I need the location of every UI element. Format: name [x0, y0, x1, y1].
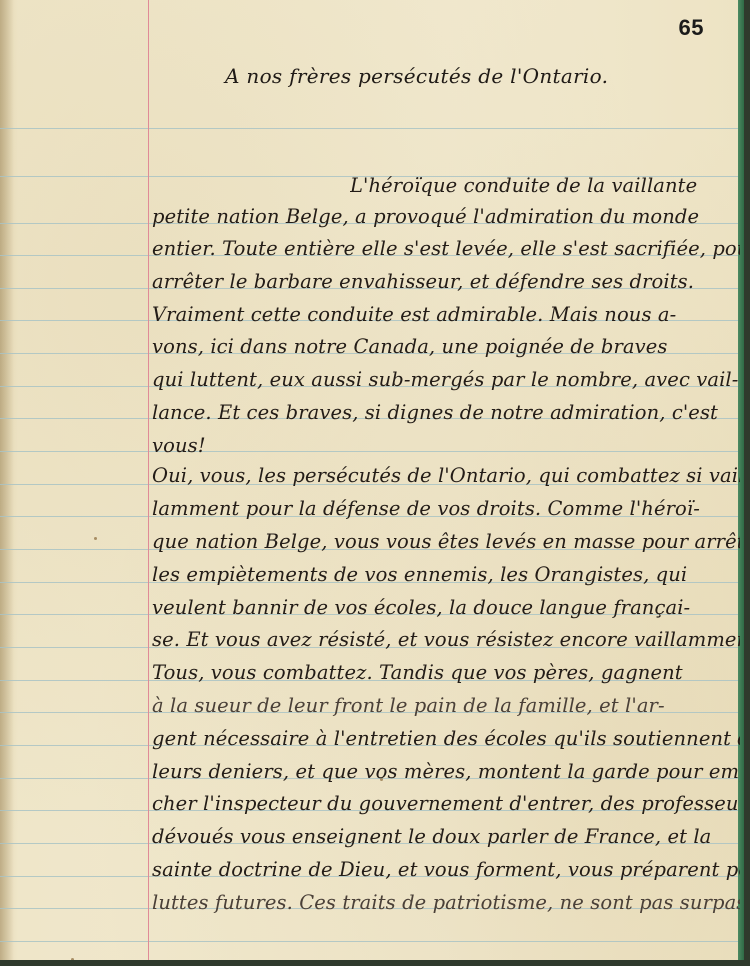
notebook-page: 65 A nos frères persécutés de l'Ontario.…: [0, 0, 744, 960]
text-line: vons, ici dans notre Canada, une poignée…: [152, 335, 740, 358]
text-line: Oui, vous, les persécutés de l'Ontario, …: [152, 464, 740, 487]
text-line: à la sueur de leur front le pain de la f…: [152, 694, 740, 717]
page-title: A nos frères persécutés de l'Ontario.: [225, 64, 608, 88]
page-number: 65: [679, 15, 704, 41]
text-line: vous!: [152, 434, 740, 457]
paper-speck: [71, 958, 74, 960]
text-line: lance. Et ces braves, si dignes de notre…: [152, 401, 740, 424]
text-line: gent nécessaire à l'entretien des écoles…: [152, 727, 740, 750]
spine-shadow: [0, 0, 14, 960]
text-line: luttes futures. Ces traits de patriotism…: [152, 891, 740, 914]
text-line: Tous, vous combattez. Tandis que vos pèr…: [152, 661, 740, 684]
text-line: dévoués vous enseignent le doux parler d…: [152, 825, 740, 848]
text-line: leurs deniers, et que vos mères, montent…: [152, 760, 740, 783]
text-line: entier. Toute entière elle s'est levée, …: [152, 237, 740, 260]
text-line: qui luttent, eux aussi sub-mergés par le…: [152, 368, 740, 391]
text-line: lamment pour la défense de vos droits. C…: [152, 497, 740, 520]
paper-speck: [380, 778, 383, 781]
text-line: veulent bannir de vos écoles, la douce l…: [152, 596, 740, 619]
text-line: L'héroïque conduite de la vaillante: [350, 174, 740, 197]
text-line: cher l'inspecteur du gouvernement d'entr…: [152, 792, 740, 815]
text-line: Vraiment cette conduite est admirable. M…: [152, 303, 740, 326]
text-line: petite nation Belge, a provoqué l'admira…: [152, 205, 740, 228]
paper-speck: [94, 537, 97, 540]
text-line: se. Et vous avez résisté, et vous résist…: [152, 628, 740, 651]
margin-line: [148, 0, 149, 960]
text-line: arrêter le barbare envahisseur, et défen…: [152, 270, 740, 293]
rule-line: [0, 941, 744, 942]
rule-line: [0, 128, 744, 129]
text-line: les empiètements de vos ennemis, les Ora…: [152, 563, 740, 586]
text-line: sainte doctrine de Dieu, et vous forment…: [152, 858, 740, 881]
text-line: que nation Belge, vous vous êtes levés e…: [152, 530, 740, 553]
